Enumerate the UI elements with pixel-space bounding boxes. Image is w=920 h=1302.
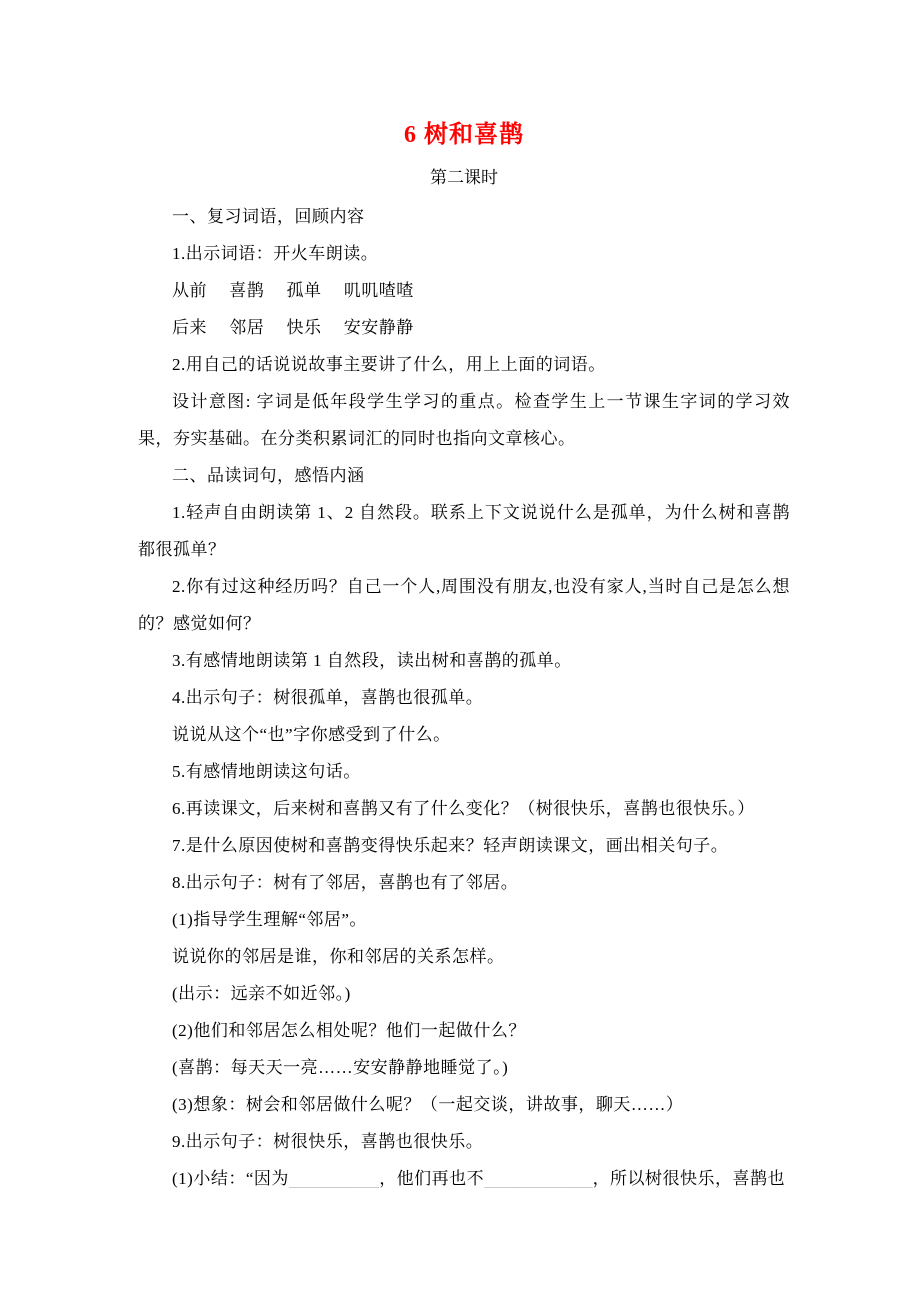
paragraph: 从前 喜鹊 孤单 叽叽喳喳 xyxy=(138,272,790,309)
text-run: ，他们再也不 xyxy=(379,1169,484,1188)
paragraph: (喜鹊：每天天一亮……安安静静地睡觉了。) xyxy=(138,1049,790,1086)
paragraph: 后来 邻居 快乐 安安静静 xyxy=(138,309,790,346)
text-run: ，所以树很快乐，喜鹊也 xyxy=(593,1169,786,1188)
document-body: 一、复习词语，回顾内容1.出示词语：开火车朗读。从前 喜鹊 孤单 叽叽喳喳后来 … xyxy=(138,198,790,1198)
paragraph: 2.用自己的话说说故事主要讲了什么，用上上面的词语。 xyxy=(138,346,790,383)
paragraph: 8.出示句子：树有了邻居，喜鹊也有了邻居。 xyxy=(138,864,790,901)
paragraph: 说说从这个“也”字你感受到了什么。 xyxy=(138,716,790,753)
paragraph: 说说你的邻居是谁，你和邻居的关系怎样。 xyxy=(138,938,790,975)
page-title: 6 树和喜鹊 xyxy=(138,112,790,158)
lesson-period-subtitle: 第二课时 xyxy=(138,158,790,198)
paragraph: 2.你有过这种经历吗？自己一个人,周围没有朋友,也没有家人,当时自己是怎么想的？… xyxy=(138,568,790,642)
paragraph: 5.有感情地朗读这句话。 xyxy=(138,753,790,790)
paragraph: 7.是什么原因使树和喜鹊变得快乐起来？轻声朗读课文，画出相关句子。 xyxy=(138,827,790,864)
paragraph: 二、品读词句，感悟内涵 xyxy=(138,457,790,494)
text-run: (1)小结：“因为 xyxy=(172,1169,289,1188)
paragraph: 1.出示词语：开火车朗读。 xyxy=(138,235,790,272)
paragraph: 3.有感情地朗读第 1 自然段，读出树和喜鹊的孤单。 xyxy=(138,642,790,679)
paragraph: (2)他们和邻居怎么相处呢？他们一起做什么？ xyxy=(138,1012,790,1049)
paragraph: 6.再读课文，后来树和喜鹊又有了什么变化？（树很快乐，喜鹊也很快乐。） xyxy=(138,790,790,827)
paragraph: (出示：远亲不如近邻。) xyxy=(138,975,790,1012)
paragraph: 一、复习词语，回顾内容 xyxy=(138,198,790,235)
paragraph: 4.出示句子：树很孤单，喜鹊也很孤单。 xyxy=(138,679,790,716)
paragraph: 1.轻声自由朗读第 1、2 自然段。联系上下文说说什么是孤单，为什么树和喜鹊都很… xyxy=(138,494,790,568)
fill-in-blank: __________ xyxy=(289,1170,379,1188)
paragraph: (1)指导学生理解“邻居”。 xyxy=(138,901,790,938)
fill-in-blank: ____________ xyxy=(484,1170,592,1188)
paragraph: 9.出示句子：树很快乐，喜鹊也很快乐。 xyxy=(138,1123,790,1160)
document: 6 树和喜鹊 第二课时 一、复习词语，回顾内容1.出示词语：开火车朗读。从前 喜… xyxy=(0,0,920,1198)
document-page: 6 树和喜鹊 第二课时 一、复习词语，回顾内容1.出示词语：开火车朗读。从前 喜… xyxy=(0,0,920,1302)
paragraph: (1)小结：“因为__________，他们再也不____________，所以… xyxy=(138,1160,790,1198)
paragraph: (3)想象：树会和邻居做什么呢？（一起交谈，讲故事，聊天……） xyxy=(138,1086,790,1123)
paragraph: 设计意图: 字词是低年段学生学习的重点。检查学生上一节课生字词的学习效果，夯实基… xyxy=(138,383,790,457)
